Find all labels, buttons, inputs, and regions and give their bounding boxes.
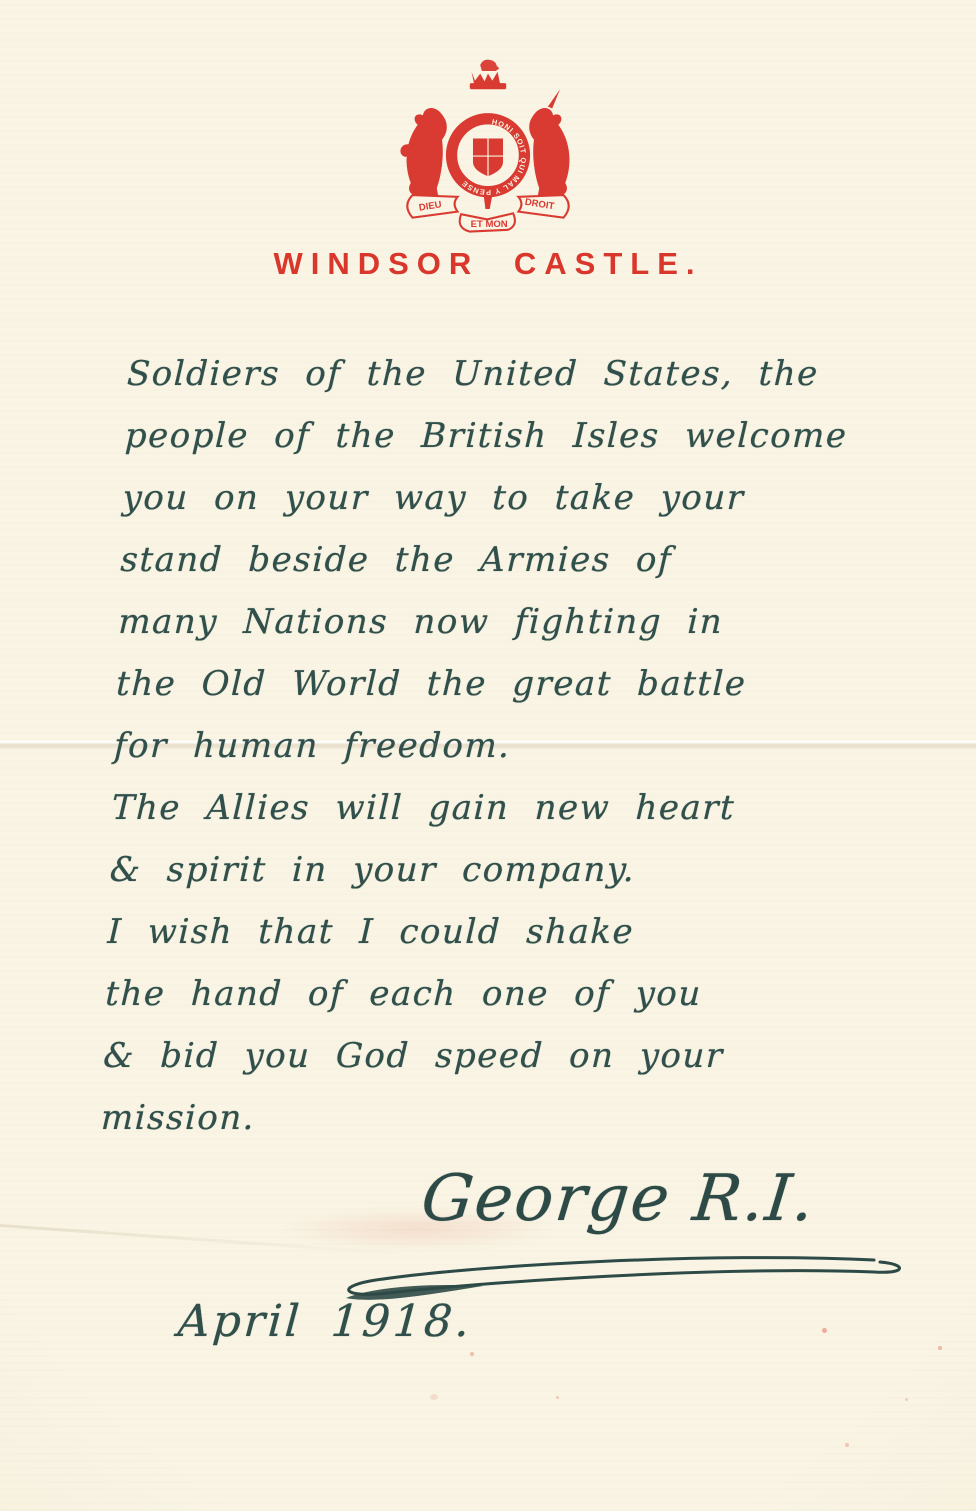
letter-line: you on your way to take your (122, 468, 954, 530)
ink-speck (905, 1398, 908, 1401)
letter-line: I wish that I could shake (106, 902, 938, 964)
letter-line: & spirit in your company. (109, 840, 941, 902)
crest-container: HONI SOIT QUI MAL Y PENSE DIEU DROIT ET … (0, 58, 976, 246)
letterhead-title: WINDSOR CASTLE. (0, 246, 976, 282)
ink-speck (556, 1396, 559, 1399)
date-april-1918: April 1918. (176, 1296, 474, 1347)
letter-line: Soldiers of the United States, the (126, 344, 958, 406)
letter-line: people of the British Isles welcome (124, 406, 956, 468)
letter-line: many Nations now fighting in (117, 592, 949, 654)
ink-speck (470, 1352, 474, 1356)
ink-speck (430, 1394, 438, 1400)
ink-speck (822, 1328, 827, 1333)
letter-line: for human freedom. (113, 716, 945, 778)
ink-speck (845, 1443, 849, 1447)
royal-coat-of-arms-icon: HONI SOIT QUI MAL Y PENSE DIEU DROIT ET … (388, 58, 588, 242)
letter-line: The Allies will gain new heart (111, 778, 943, 840)
ink-speck (938, 1346, 942, 1350)
letter-line: & bid you God speed on your (102, 1026, 934, 1088)
letter-line: the Old World the great battle (115, 654, 947, 716)
letter-line: the hand of each one of you (104, 964, 936, 1026)
letter-page: HONI SOIT QUI MAL Y PENSE DIEU DROIT ET … (0, 0, 976, 1511)
letter-line: stand beside the Armies of (119, 530, 951, 592)
signature-george-ri: George R.I. (418, 1162, 819, 1236)
letter-body: Soldiers of the United States, the peopl… (100, 344, 958, 1150)
ribbon-text-etmon: ET MON (471, 219, 508, 230)
letter-line: mission. (100, 1088, 932, 1150)
